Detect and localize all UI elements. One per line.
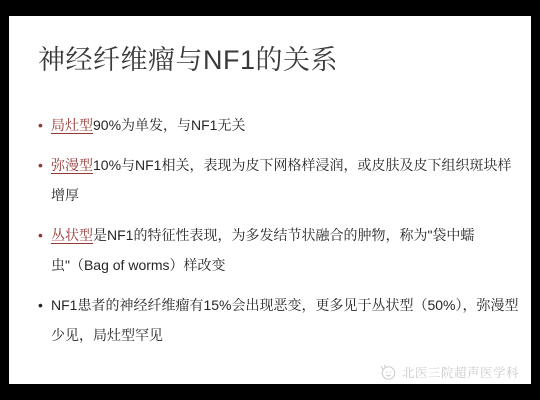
bullet-list: •局灶型90%为单发，与NF1无关•弥漫型10%与NF1相关，表现为皮下网格样浸… <box>38 110 525 350</box>
bullet-marker: • <box>38 290 43 320</box>
bullet-item: •NF1患者的神经纤维瘤有15%会出现恶变，更多见于丛状型（50%），弥漫型少见… <box>38 290 521 350</box>
slide-title: 神经纤维瘤与NF1的关系 <box>38 38 525 77</box>
bullet-marker: • <box>38 110 43 140</box>
bullet-text: 是NF1的特征性表现，为多发结节状融合的肿物，称为"袋中蠕虫"（Bag of w… <box>51 227 474 273</box>
bullet-text: 90%为单发，与NF1无关 <box>93 117 245 133</box>
key-term: 丛状型 <box>51 227 93 243</box>
hospital-logo-icon <box>378 362 398 382</box>
key-term: 弥漫型 <box>51 157 93 173</box>
bullet-marker: • <box>38 150 43 180</box>
bullet-item: •局灶型90%为单发，与NF1无关 <box>38 110 521 140</box>
watermark: 北医三院超声医学科 <box>378 362 519 382</box>
watermark-label: 北医三院超声医学科 <box>402 363 519 381</box>
slide: 神经纤维瘤与NF1的关系 •局灶型90%为单发，与NF1无关•弥漫型10%与NF… <box>9 16 531 384</box>
bullet-text: 10%与NF1相关，表现为皮下网格样浸润，或皮肤及皮下组织斑块样增厚 <box>51 157 511 203</box>
letterbox-frame: 神经纤维瘤与NF1的关系 •局灶型90%为单发，与NF1无关•弥漫型10%与NF… <box>0 0 540 400</box>
bullet-text: NF1患者的神经纤维瘤有15%会出现恶变，更多见于丛状型（50%），弥漫型少见，… <box>51 297 519 343</box>
bullet-marker: • <box>38 220 43 250</box>
bullet-item: •丛状型是NF1的特征性表现，为多发结节状融合的肿物，称为"袋中蠕虫"（Bag … <box>38 220 521 280</box>
bullet-item: •弥漫型10%与NF1相关，表现为皮下网格样浸润，或皮肤及皮下组织斑块样增厚 <box>38 150 521 210</box>
key-term: 局灶型 <box>51 117 93 133</box>
